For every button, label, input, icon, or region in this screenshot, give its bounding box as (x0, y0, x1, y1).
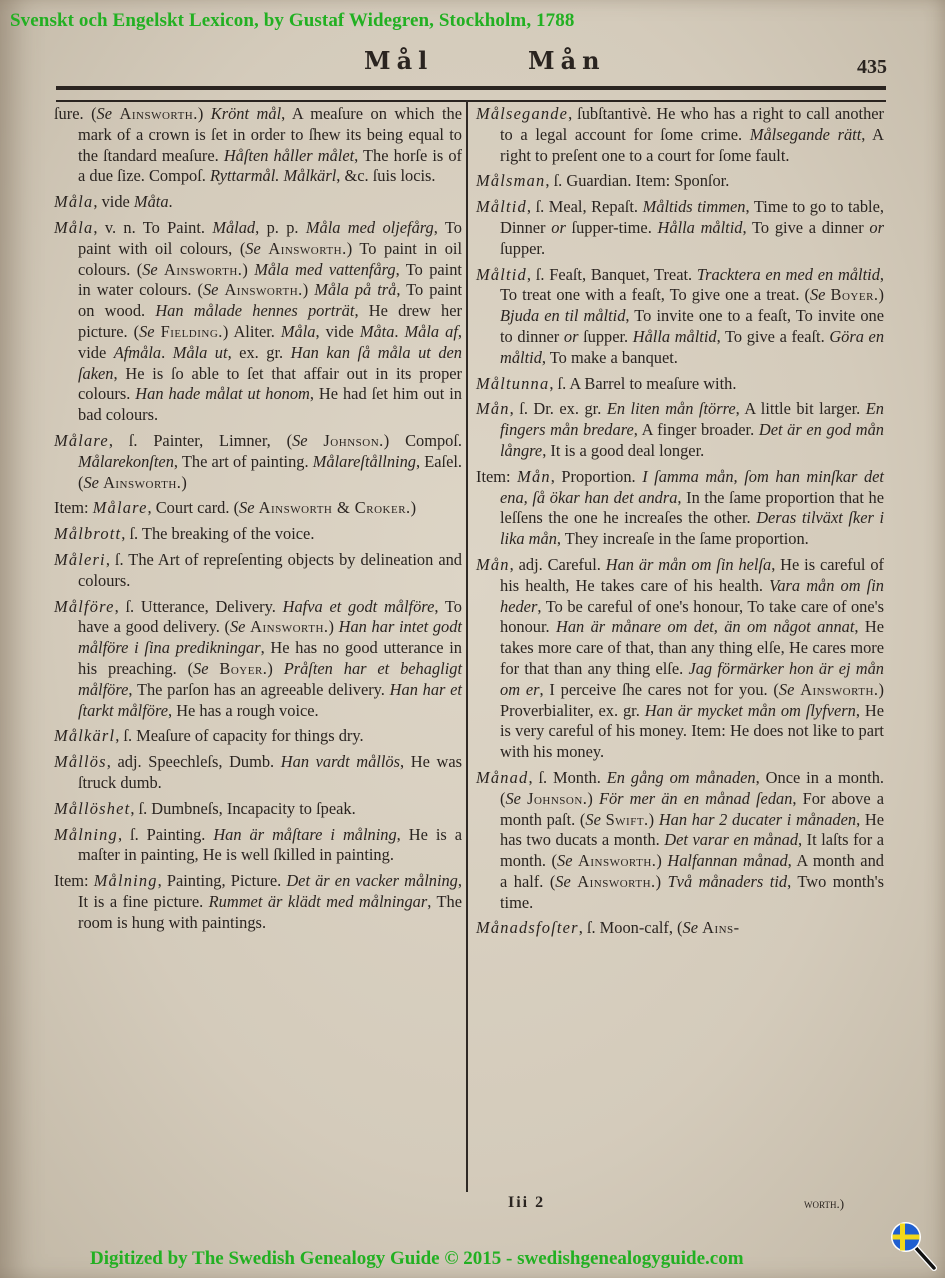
headword: Måltid (476, 197, 527, 216)
swedish-example: Ryttarmål. Målkärl (210, 166, 336, 185)
swedish-example: Halfannan månad (667, 851, 787, 870)
swedish-example: Han hade målat ut honom (135, 384, 310, 403)
definition-text: , ſ. Meal, Repaſt. (527, 197, 643, 216)
left-column: ſure. (Se Ainsworth.) Krönt mål, A meaſu… (54, 104, 462, 938)
definition-text: ) (267, 659, 283, 678)
header-double-rule (56, 86, 886, 102)
headword: Målare (54, 431, 109, 450)
scanned-page: Svenskt och Engelskt Lexicon, by Gustaf … (0, 0, 945, 1278)
swedish-example: Det varar en månad (664, 830, 798, 849)
definition-text: , v. n. To Paint. (93, 218, 212, 237)
swedish-example: Se (245, 239, 260, 258)
dictionary-entry: Måleri, ſ. The Art of repreſenting objec… (54, 550, 462, 592)
swedish-example: En gång om månaden (607, 768, 756, 787)
headword: Måltid (476, 265, 527, 284)
source-reference: Ainsworth. (268, 239, 346, 258)
source-reference: Ainsworth. (103, 473, 181, 492)
source-reference: Johnson. (323, 431, 383, 450)
definition-text: ) (587, 789, 599, 808)
definition-text: , To give a feaſt. (717, 327, 830, 346)
headword: Månad (476, 768, 528, 787)
swedish-example: Tracktera en med en måltid (697, 265, 880, 284)
dictionary-entry: Måltid, ſ. Meal, Repaſt. Måltids timmen,… (476, 197, 884, 259)
definition-text: , ſ. Feaſt, Banquet, Treat. (527, 265, 697, 284)
definition-text: , vide (93, 192, 134, 211)
dictionary-entry: Item: Målare, Court card. (Se Ainsworth … (54, 498, 462, 519)
swedish-example: or (869, 218, 884, 237)
definition-text: , &c. ſuis locis. (336, 166, 435, 185)
source-reference: Ainsworth. (577, 872, 655, 891)
source-reference: Boyer. (219, 659, 267, 678)
swedish-example: Se (203, 280, 218, 299)
definition-text: , p. p. (255, 218, 306, 237)
definition-text: ſupper-time. (566, 218, 658, 237)
right-guide-word: Mån (528, 46, 606, 75)
right-column: Målsegande, ſubſtantivè. He who has a ri… (476, 104, 884, 944)
swedish-example: Se (555, 872, 570, 891)
headword: Mån (476, 399, 510, 418)
headword: Mållöshet (54, 799, 130, 818)
swedish-example: Måla ut (173, 343, 228, 362)
swedish-example: Måla (281, 322, 316, 341)
definition-text: ) Aliter. (223, 322, 281, 341)
definition-text: , Proportion. (551, 467, 642, 486)
dictionary-entry: Item: Målning, Painting, Picture. Det är… (54, 871, 462, 933)
swedish-example: För mer än en månad ſedan (599, 789, 792, 808)
swedish-example: Måltids timmen (643, 197, 746, 216)
headword: Målsman (476, 171, 545, 190)
swedish-example: or (564, 327, 579, 346)
dictionary-entry: Måla, vide Måta. (54, 192, 462, 213)
definition-text: ) (656, 851, 667, 870)
dictionary-entry: Målsegande, ſubſtantivè. He who has a ri… (476, 104, 884, 166)
definition-text: , adj. Careful. (510, 555, 606, 574)
definition-text: , ſ. Moon-calf, ( (579, 918, 683, 937)
definition-text: , ſ. Utterance, Delivery. (115, 597, 283, 616)
book-title-overlay: Svenskt och Engelskt Lexicon, by Gustaf … (10, 10, 574, 32)
swedish-example: Han har 2 ducater i månaden (659, 810, 856, 829)
swedish-example: Se (230, 617, 245, 636)
source-reference: Ainsworth. (164, 260, 242, 279)
dictionary-entry: Målning, ſ. Painting. Han är måſtare i m… (54, 825, 462, 867)
headword: Måltunna (476, 374, 549, 393)
definition-text: ) (411, 498, 416, 517)
dictionary-entry: Målsman, ſ. Guardian. Item: Sponſor. (476, 171, 884, 192)
definition-text: , adj. Speechleſs, Dumb. (107, 752, 281, 771)
definition-text: ) (303, 280, 314, 299)
swedish-example: Måla med oljefårg (306, 218, 434, 237)
swedish-example: Två månaders tid (668, 872, 788, 891)
swedish-example: Hålla måltid (633, 327, 717, 346)
definition-text: , ſ. Month. (528, 768, 606, 787)
swedish-example: Se (779, 680, 794, 699)
swedish-example: Rummet är klädt med målningar (209, 892, 428, 911)
definition-text: , A little bit larger. (736, 399, 866, 418)
definition-text: , ſ. Dr. ex. gr. (510, 399, 607, 418)
swedish-example: Han vardt mållös (281, 752, 400, 771)
headword: Måleri (54, 550, 106, 569)
swedish-example: Se (142, 260, 157, 279)
definition-text: . (394, 322, 404, 341)
swedish-example: Målarekonſten (78, 452, 174, 471)
definition-text: Item: (54, 498, 93, 517)
dictionary-entry-continuation: ſure. (Se Ainsworth.) Krönt mål, A meaſu… (54, 104, 462, 187)
digitized-by-footer: Digitized by The Swedish Genealogy Guide… (90, 1248, 744, 1270)
definition-text: , A finger broader. (634, 420, 759, 439)
dictionary-entry: Mån, ſ. Dr. ex. gr. En liten mån ſtörre,… (476, 399, 884, 461)
source-reference: Johnson. (527, 789, 587, 808)
source-reference: Swift. (606, 810, 649, 829)
source-reference: Ains- (702, 918, 740, 937)
source-reference: Ainsworth & Croker. (259, 498, 411, 517)
dictionary-entry: Item: Mån, Proportion. I ſamma mån, ſom … (476, 467, 884, 550)
swedish-flag-magnifier-icon (888, 1220, 940, 1272)
headword: Målsegande (476, 104, 568, 123)
source-reference: Ainsworth. (578, 851, 656, 870)
definition-text: , I perceive ſhe cares not for you. ( (540, 680, 779, 699)
definition-text: , vide (315, 322, 359, 341)
definition-text: , To make a banquet. (542, 348, 678, 367)
source-reference: Ainsworth. (120, 104, 198, 123)
definition-text: Item: (476, 467, 517, 486)
headword: Målföre (54, 597, 115, 616)
dictionary-entry: Måltid, ſ. Feaſt, Banquet, Treat. Trackt… (476, 265, 884, 369)
definition-text (112, 104, 120, 123)
definition-text: , ſ. Meaſure of capacity for things dry. (115, 726, 363, 745)
definition-text: ) (649, 810, 659, 829)
definition-text: ) (242, 260, 254, 279)
swedish-example: Måla med vattenfårg (254, 260, 395, 279)
swedish-example: Han målade hennes porträt (155, 301, 354, 320)
definition-text: , ſ. A Barrel to meaſure with. (549, 374, 736, 393)
swedish-example: Se (585, 810, 600, 829)
swedish-example: Se (292, 431, 307, 450)
dictionary-entry: Mån, adj. Careful. Han är mån om ſin hel… (476, 555, 884, 763)
swedish-example: Han är månare om det, än om något annat (556, 617, 854, 636)
swedish-example: Måla på trå (314, 280, 396, 299)
source-reference: Ainsworth. (250, 617, 328, 636)
definition-text: , ſ. Dumbneſs, Incapacity to ſpeak. (130, 799, 355, 818)
definition-text: ſure. ( (54, 104, 97, 123)
definition-text: , The art of painting. (174, 452, 313, 471)
catchword-continuation: worth.) (804, 1196, 844, 1212)
definition-text: , It is a good deal longer. (542, 441, 704, 460)
swedish-example: Han är mycket mån om ſlyfvern (645, 701, 856, 720)
definition-text: ) (328, 617, 338, 636)
dictionary-entry: Målbrott, ſ. The breaking of the voice. (54, 524, 462, 545)
definition-text: ) (181, 473, 186, 492)
definition-text: ) (198, 104, 211, 123)
swedish-example: Det är en vacker målning (286, 871, 458, 890)
swedish-example: Målsegande rätt (750, 125, 861, 144)
swedish-example: Hålla måltid (658, 218, 743, 237)
headword: Målning (94, 871, 158, 890)
swedish-example: Se (97, 104, 112, 123)
signature-mark: Iii 2 (508, 1194, 545, 1212)
running-head: Mål Mån 435 (0, 42, 945, 82)
definition-text: , To give a dinner (743, 218, 870, 237)
definition-text: , ſ. The breaking of the voice. (121, 524, 314, 543)
swedish-example: En liten mån ſtörre (607, 399, 736, 418)
headword: Mån (476, 555, 510, 574)
swedish-example: Krönt mål (211, 104, 281, 123)
source-reference: Ainsworth. (800, 680, 878, 699)
definition-text: , ex. gr. (228, 343, 291, 362)
source-reference: Fielding. (161, 322, 223, 341)
headword: Mån (517, 467, 551, 486)
headword: Måla (54, 192, 93, 211)
definition-text: . (161, 343, 173, 362)
swedish-example: Se (83, 473, 98, 492)
dictionary-entry: Månadsfoſter, ſ. Moon-calf, (Se Ains- (476, 918, 884, 939)
headword: Målbrott (54, 524, 121, 543)
swedish-example: Se (683, 918, 698, 937)
dictionary-entry: Målföre, ſ. Utterance, Delivery. Hafva e… (54, 597, 462, 722)
source-reference: Ainsworth. (224, 280, 302, 299)
swedish-example: Måla af (405, 322, 458, 341)
definition-text: , The parſon has an agreeable delivery. (128, 680, 389, 699)
headword: Målare (93, 498, 148, 517)
swedish-example: Bjuda en til måltid (500, 306, 625, 325)
swedish-example: Målad (212, 218, 255, 237)
definition-text: . (169, 192, 173, 211)
headword: Mållös (54, 752, 107, 771)
swedish-example: Se (139, 322, 154, 341)
swedish-example: Håſten håller målet (224, 146, 354, 165)
swedish-example: Se (239, 498, 254, 517)
headword: Måla (54, 218, 93, 237)
dictionary-entry: Mållöshet, ſ. Dumbneſs, Incapacity to ſp… (54, 799, 462, 820)
definition-text: , He has a rough voice. (168, 701, 319, 720)
definition-text: ) Compoſ. (384, 431, 462, 450)
swedish-example: Se (193, 659, 208, 678)
definition-text: , ſ. The Art of repreſenting objects by … (78, 550, 462, 590)
definition-text: Item: (54, 871, 94, 890)
definition-text: ) (656, 872, 668, 891)
headword: Målning (54, 825, 118, 844)
dictionary-entry: Mållös, adj. Speechleſs, Dumb. Han vardt… (54, 752, 462, 794)
left-guide-word: Mål (364, 46, 433, 75)
swedish-example: Se (810, 285, 825, 304)
dictionary-entry: Måltunna, ſ. A Barrel to meaſure with. (476, 374, 884, 395)
swedish-example: or (551, 218, 566, 237)
definition-text: ſupper. (578, 327, 632, 346)
definition-text: , ſ. Guardian. Item: Sponſor. (545, 171, 729, 190)
definition-text: ) (879, 285, 884, 304)
source-reference: Boyer. (831, 285, 879, 304)
definition-text: , They increaſe in the ſame proportion. (557, 529, 809, 548)
swedish-example: Måta (360, 322, 395, 341)
swedish-example: Målareſtållning (313, 452, 416, 471)
swedish-example: Se (557, 851, 572, 870)
dictionary-entry: Målkärl, ſ. Meaſure of capacity for thin… (54, 726, 462, 747)
definition-text: , Court card. ( (148, 498, 240, 517)
definition-text (308, 431, 324, 450)
swedish-example: Måta (134, 192, 169, 211)
dictionary-entry: Månad, ſ. Month. En gång om månaden, Onc… (476, 768, 884, 914)
definition-text: , ſ. Painter, Limner, ( (109, 431, 292, 450)
swedish-example: Hafva et godt målföre (283, 597, 435, 616)
swedish-example: Se (505, 789, 520, 808)
definition-text: , ſ. Painting. (118, 825, 213, 844)
definition-text: ſupper. (500, 239, 545, 258)
definition-text: , Painting, Picture. (158, 871, 287, 890)
column-divider-rule (466, 100, 468, 1192)
headword: Målkärl (54, 726, 115, 745)
swedish-example: Han är mån om ſin helſa (606, 555, 771, 574)
definition-text (209, 659, 220, 678)
dictionary-entry: Måla, v. n. To Paint. Målad, p. p. Måla … (54, 218, 462, 426)
dictionary-entry: Målare, ſ. Painter, Limner, (Se Johnson.… (54, 431, 462, 493)
page-number: 435 (857, 56, 887, 79)
headword: Månadsfoſter (476, 918, 579, 937)
swedish-example: Han är måſtare i målning (213, 825, 396, 844)
swedish-example: Afmåla (114, 343, 161, 362)
